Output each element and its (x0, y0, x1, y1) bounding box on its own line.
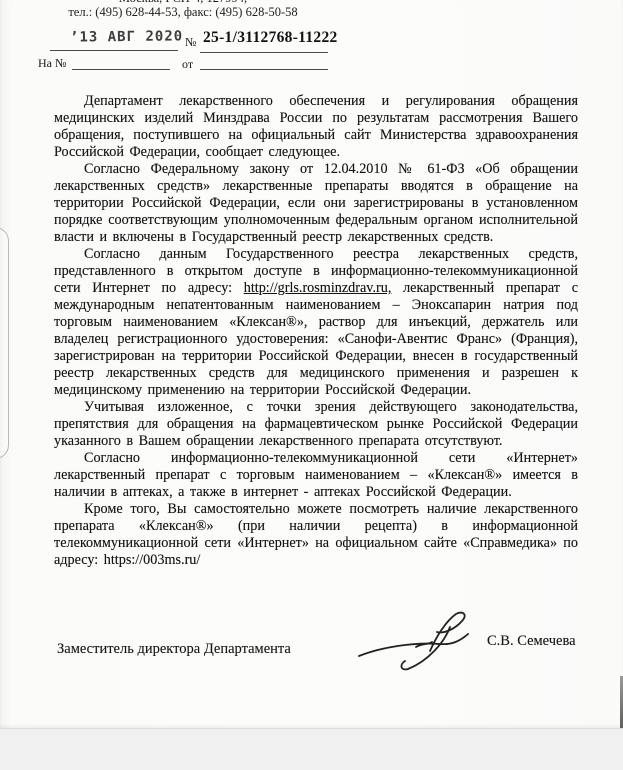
link-grls-rosminzdrav: http://grls.rosminzdrav.ru, (244, 280, 392, 296)
handwritten-signature-icon (356, 609, 476, 671)
paragraph-state-register: Согласно данным Государственного реестра… (54, 246, 578, 399)
number-underline (200, 52, 328, 53)
signer-title: Заместитель директора Департамента (57, 641, 291, 658)
reply-number-label: На № (38, 56, 66, 71)
paragraph-state-register-continued: лекарственный препарат с международным н… (54, 280, 578, 398)
link-003ms: https://003ms.ru/ (104, 552, 201, 568)
incoming-date-stamp: ’13 АВГ 2020 (70, 28, 183, 45)
number-sign-label: № (185, 35, 196, 50)
paragraph-availability: Согласно информационно-телекоммуникацион… (54, 450, 578, 501)
reply-date-underline (200, 69, 328, 70)
letter-page: Москва, ГСП-4, 127994, тел.: (495) 628-4… (0, 0, 623, 728)
letter-body: Департамент лекарственного обеспечения и… (54, 93, 578, 569)
paragraph-conclusion: Учитывая изложенное, с точки зрения дейс… (54, 399, 578, 450)
signer-name: С.В. Семечева (487, 633, 576, 650)
paragraph-intro: Департамент лекарственного обеспечения и… (54, 93, 578, 161)
date-underline (50, 50, 178, 51)
paragraph-spravmedika: Кроме того, Вы самостоятельно можете пос… (54, 501, 578, 569)
scan-edge-artifact (0, 227, 9, 459)
letterhead-phone: тел.: (495) 628-44-53, факс: (495) 628-5… (0, 5, 366, 20)
outgoing-number: 25-1/3112768-11222 (203, 29, 338, 47)
scanner-background (0, 728, 623, 770)
reply-date-label: от (182, 57, 193, 72)
reply-number-underline (72, 69, 170, 70)
paragraph-federal-law: Согласно Федеральному закону от 12.04.20… (54, 161, 578, 246)
screenshot-root: { "letterhead": { "address_line": "Москв… (0, 0, 623, 770)
